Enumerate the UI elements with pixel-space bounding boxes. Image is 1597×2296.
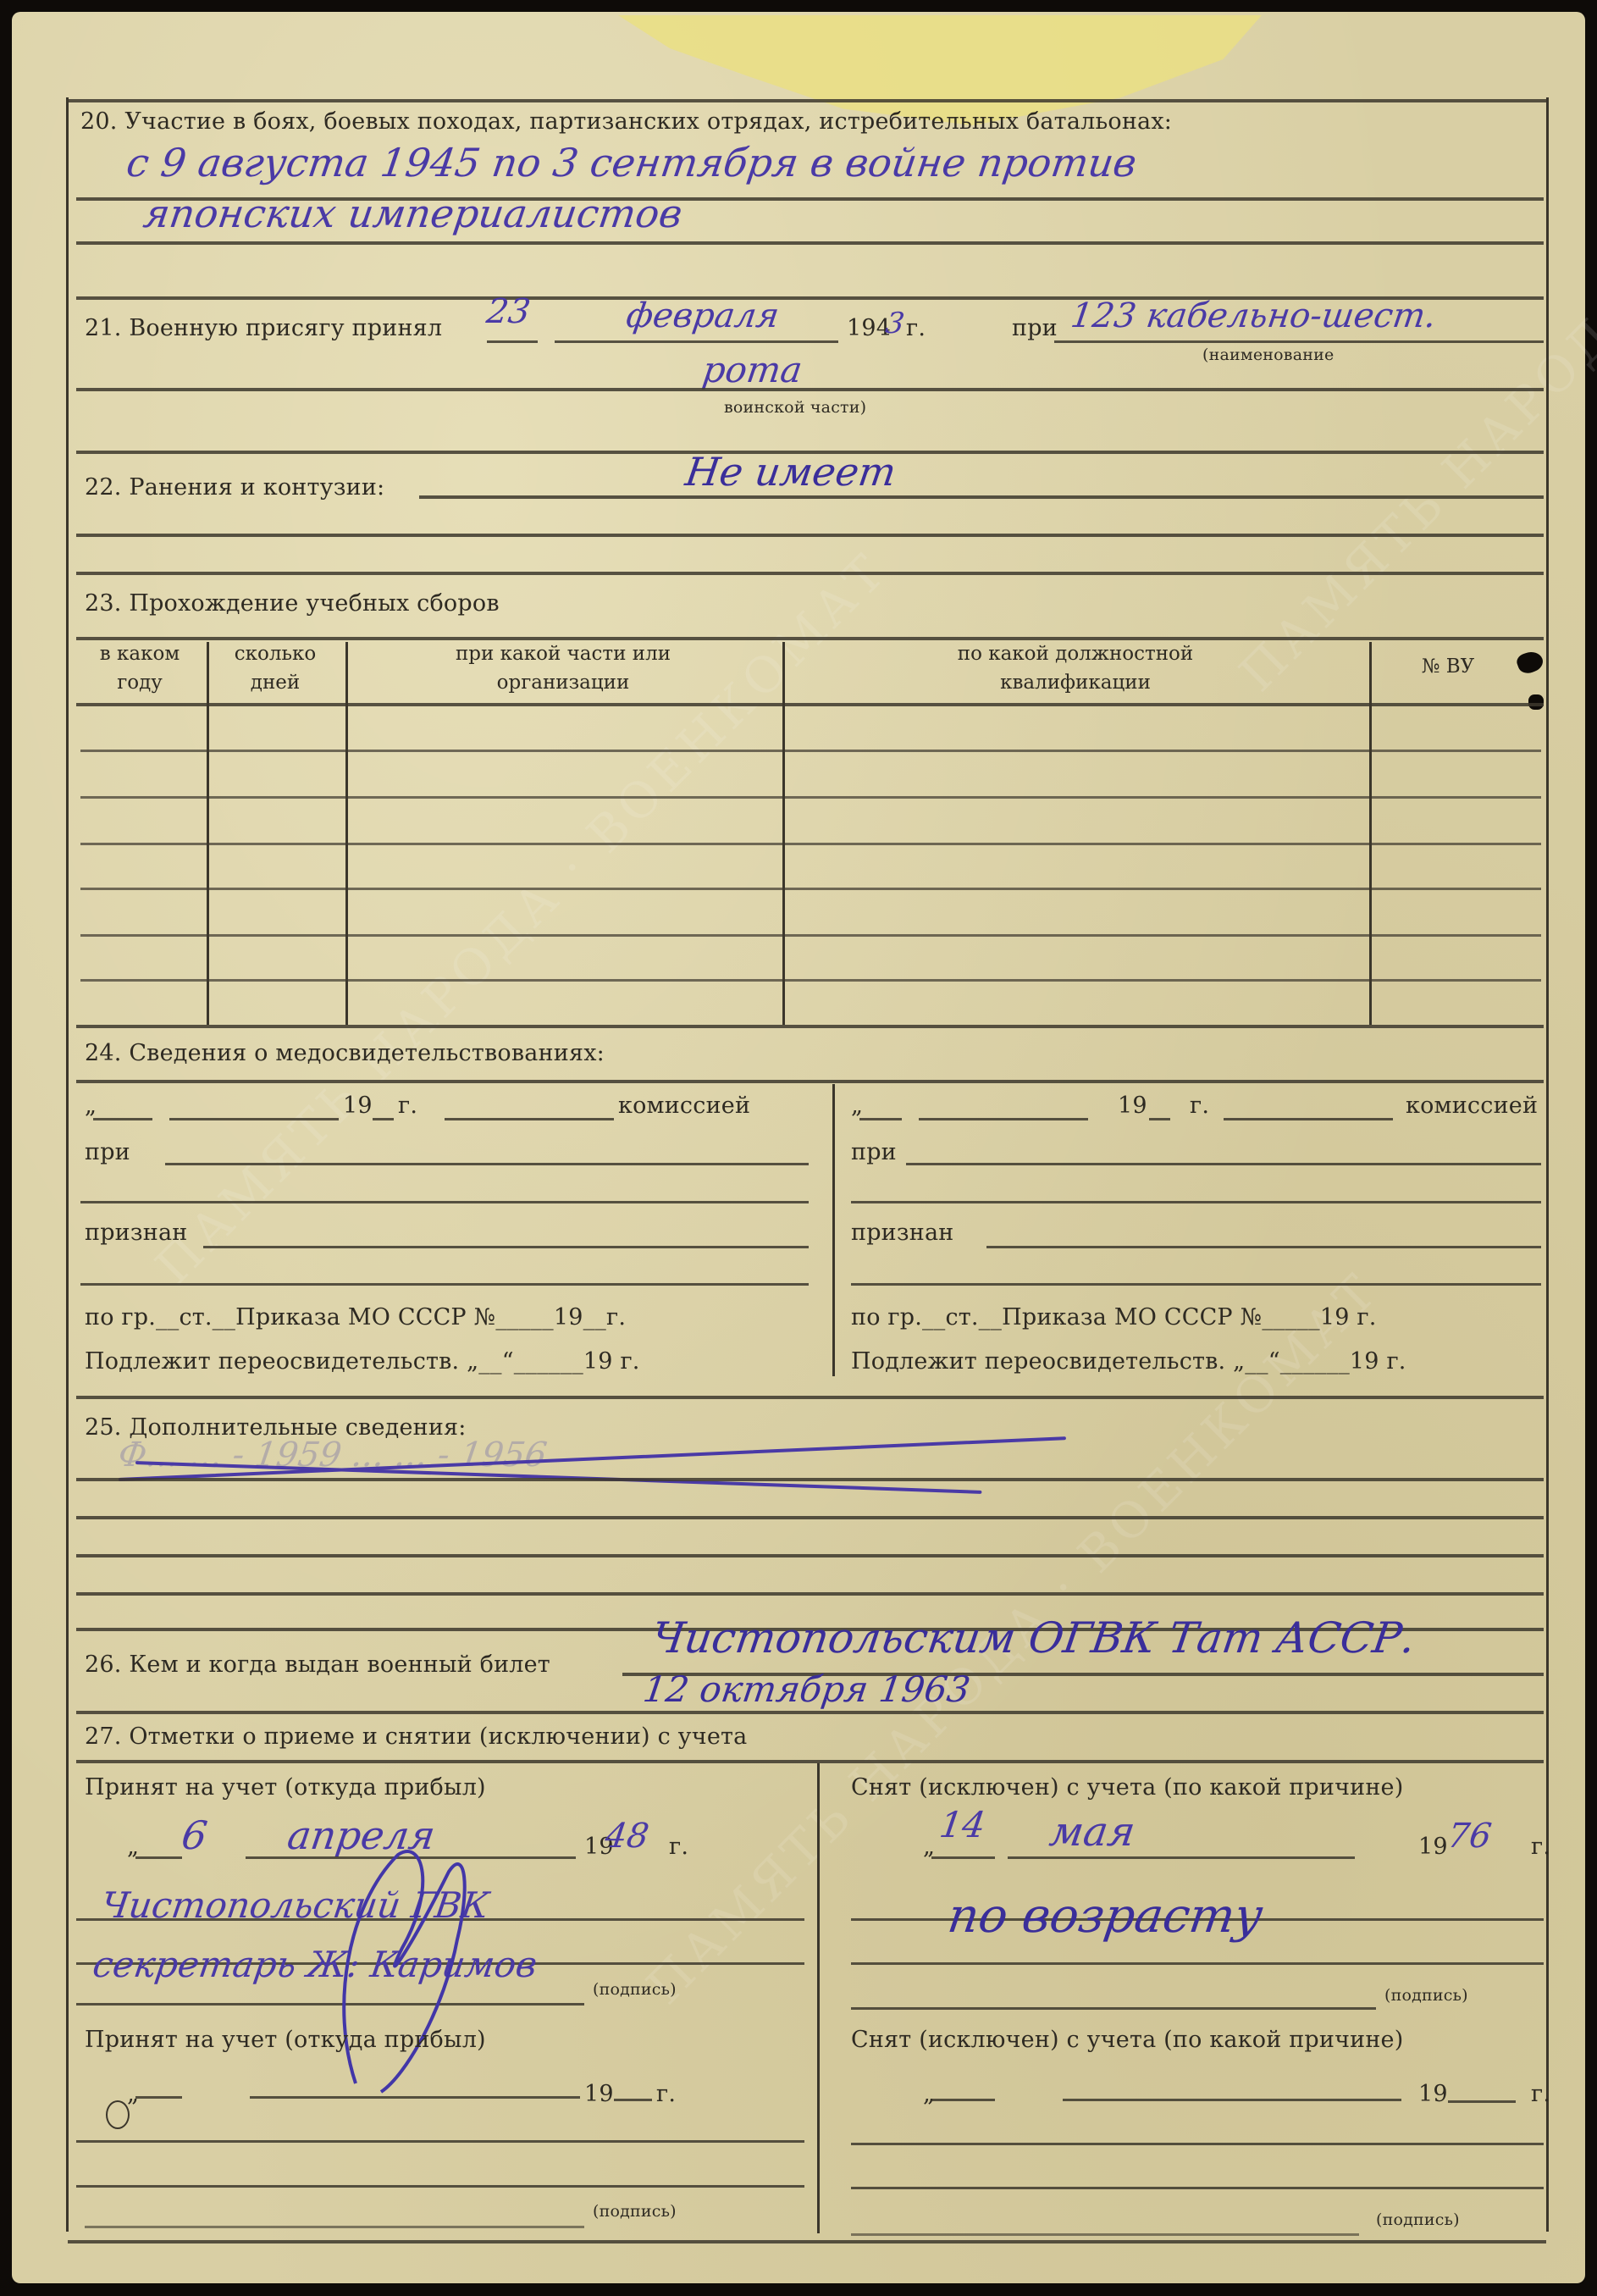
s21-day: 23 [484, 292, 533, 331]
s27-right-top-reason: по возрасту [944, 1889, 1266, 1944]
col-header-days: сколькодней [207, 639, 343, 697]
s24-left-order: по гр.__ст.__Приказа МО СССР №_____19__г… [85, 1304, 626, 1331]
s22-value: Не имеет [682, 449, 898, 495]
s20-handwriting-line1: с 9 августа 1945 по 3 сентября в войне п… [124, 140, 1139, 185]
s27-left-top-year-hand: 48 [603, 1817, 651, 1856]
col-header-year: в какомгоду [76, 639, 203, 697]
s27-right-bottom-year-prefix: 19 [1418, 2081, 1448, 2107]
s21-caption-1: (наименование [1202, 346, 1334, 364]
rule [487, 340, 538, 343]
s21-unit-line2: рота [700, 349, 805, 390]
s27-left-bottom-header: Принят на учет (откуда прибыл) [85, 2027, 486, 2053]
s27-left-top-caption: (подпись) [593, 1980, 677, 1999]
s24-divider [832, 1084, 835, 1376]
s24-right-g: г. [1190, 1093, 1209, 1119]
s27-right-top-year-hand: 76 [1445, 1817, 1494, 1856]
circle-mark [106, 2100, 130, 2129]
s27-right-top-header: Снят (исключен) с учета (по какой причин… [851, 1774, 1403, 1801]
s21-caption-2: воинской части) [724, 398, 866, 417]
s27-left-bottom-year-suffix: г. [656, 2081, 676, 2107]
rule [76, 1478, 1544, 1481]
s24-label: 24. Сведения о медосвидетельствованиях: [85, 1040, 605, 1066]
rule [76, 1711, 1544, 1714]
s27-right-top-day: 14 [937, 1804, 988, 1845]
rule [76, 534, 1544, 537]
s27-divider [817, 1763, 820, 2233]
rule [76, 388, 1544, 391]
rule [76, 1592, 1544, 1596]
s21-year-suffix: г. [906, 315, 926, 341]
s21-at-label: при [1012, 315, 1058, 341]
s20-handwriting-line2: японских империалистов [141, 191, 685, 236]
rule [419, 495, 1544, 499]
rule [76, 1760, 1544, 1763]
s27-right-top-year-suffix: г. [1531, 1834, 1550, 1860]
s21-unit-line1: 123 кабельно-шест. [1069, 296, 1439, 335]
rule [555, 340, 838, 343]
s22-label: 22. Ранения и контузии: [85, 474, 384, 501]
rule [76, 1080, 1544, 1083]
rule [76, 1554, 1544, 1557]
col-divider [345, 642, 348, 1025]
s27-label: 27. Отметки о приеме и снятии (исключени… [85, 1723, 747, 1750]
s24-right-order: по гр.__ст.__Приказа МО СССР №_____19 г. [851, 1304, 1377, 1331]
s26-date: 12 октября 1963 [641, 1668, 973, 1710]
s24-left-recheck: Подлежит переосвидетельств. „__“______19… [85, 1348, 640, 1375]
s24-right-pri: при [851, 1139, 897, 1165]
s27-right-bottom-year-suffix: г. [1531, 2081, 1550, 2107]
s24-right-commission: комиссией [1406, 1093, 1538, 1119]
s21-month: февраля [624, 296, 782, 335]
s26-label: 26. Кем и когда выдан военный билет [85, 1651, 550, 1678]
punch-hole [1528, 694, 1544, 710]
col-header-vus: № ВУ [1372, 652, 1524, 681]
s27-left-top-header: Принят на учет (откуда прибыл) [85, 1774, 486, 1801]
signature-flourish [254, 1838, 525, 2100]
table-header-bottom [76, 703, 1544, 706]
rule [76, 572, 1544, 575]
s27-right-top-month: мая [1047, 1808, 1138, 1856]
s24-right-year: 19 [1118, 1093, 1147, 1119]
s24-right-priznan: признан [851, 1220, 954, 1246]
col-divider [207, 642, 209, 1025]
rule [76, 241, 1544, 245]
s27-right-top-caption: (подпись) [1384, 1986, 1468, 2005]
s23-label: 23. Прохождение учебных сборов [85, 590, 500, 617]
s26-issuer: Чистопольским ОГВК Тат АССР. [649, 1613, 1418, 1663]
s27-left-bottom-caption: (подпись) [593, 2202, 677, 2221]
table-bottom [76, 1025, 1544, 1028]
s21-label: 21. Военную присягу принял [85, 315, 442, 341]
col-divider [1369, 642, 1372, 1025]
col-header-qualification: по какой должностнойквалификации [783, 639, 1368, 697]
s24-left-pri: при [85, 1139, 130, 1165]
bottom-border [68, 2240, 1546, 2243]
rule [1054, 340, 1544, 343]
s27-right-top-year-prefix: 19 [1418, 1834, 1448, 1860]
rule [76, 1396, 1544, 1399]
s24-left-year: 19 [343, 1093, 373, 1119]
col-divider [782, 642, 785, 1025]
s24-left-priznan: признан [85, 1220, 188, 1246]
s27-left-top-year-suffix: г. [669, 1834, 688, 1860]
s20-label: 20. Участие в боях, боевых походах, парт… [80, 108, 1172, 135]
s24-right-recheck: Подлежит переосвидетельств. „__“______19… [851, 1348, 1406, 1375]
s27-right-bottom-header: Снят (исключен) с учета (по какой причин… [851, 2027, 1403, 2053]
s27-left-bottom-year-prefix: 19 [584, 2081, 614, 2107]
col-header-unit: при какой части илиорганизации [347, 639, 779, 697]
rule [76, 1516, 1544, 1519]
s24-left-commission: комиссией [618, 1093, 750, 1119]
s24-left-g: г. [398, 1093, 417, 1119]
top-border [66, 99, 1546, 102]
s27-right-bottom-caption: (подпись) [1376, 2210, 1460, 2229]
